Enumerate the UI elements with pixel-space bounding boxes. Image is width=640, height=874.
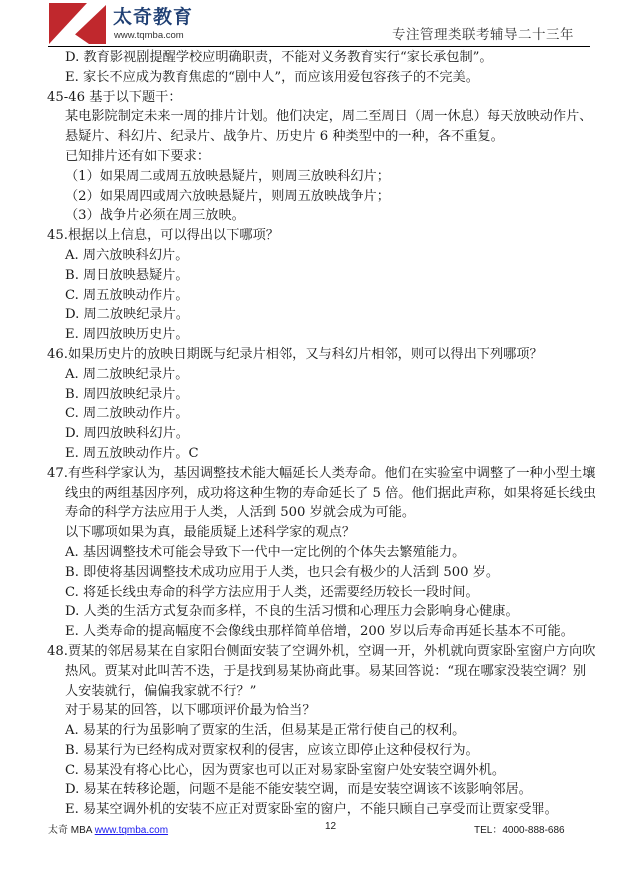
footer-brand: 太奇 MBA (48, 825, 95, 836)
q46-option-a: A. 周二放映纪录片。 (46, 365, 606, 385)
footer-brand-block: 太奇 MBA www.tqmba.com (48, 821, 168, 836)
page-number: 12 (325, 821, 336, 832)
q45-option-d: D. 周二放映纪录片。 (46, 305, 606, 325)
taiqi-logo-icon (49, 3, 106, 44)
question-48-prompt: 对于易某的回答，以下哪项评价最为恰当？ (46, 701, 606, 721)
question-46: 46.如果历史片的放映日期既与纪录片相邻，又与科幻片相邻，则可以得出下列哪项？ (46, 345, 606, 365)
q48-option-b: B. 易某行为已经构成对贾家权利的侵害，应该立即停止这种侵权行为。 (46, 741, 606, 761)
logo-text: 太奇教育 (113, 6, 193, 28)
option-line: D. 教育影视剧提醒学校应明确职责，不能对义务教育实行“家长承包制”。 (46, 48, 606, 68)
header-divider (48, 46, 590, 47)
q46-option-e: E. 周五放映动作片。C (46, 444, 606, 464)
header-slogan: 专注管理类联考辅导二十三年 (392, 27, 574, 43)
footer-telephone: TEL：4000-888-686 (474, 821, 565, 836)
q46-option-c: C. 周二放映动作片。 (46, 404, 606, 424)
q47-option-d: D. 人类的生活方式复杂而多样，不良的生活习惯和心理压力会影响身心健康。 (46, 602, 606, 622)
q47-option-e: E. 人类寿命的提高幅度不会像线虫那样简单倍增，200 岁以后寿命再延长基本不可… (46, 622, 606, 642)
option-line: E. 家长不应成为教育焦虑的“剧中人”，而应该用爱包容孩子的不完美。 (46, 68, 606, 88)
condition-line: （3）战争片必须在周三放映。 (46, 206, 606, 226)
q45-option-a: A. 周六放映科幻片。 (46, 246, 606, 266)
document-body: D. 教育影视剧提醒学校应明确职责，不能对义务教育实行“家长承包制”。 E. 家… (46, 48, 606, 820)
logo-url: www.tqmba.com (114, 30, 184, 41)
q48-option-e: E. 易某空调外机的安装不应正对贾家卧室的窗户，不能只顾自己享受而让贾家受罪。 (46, 800, 606, 820)
condition-line: （1）如果周二或周五放映悬疑片，则周三放映科幻片； (46, 167, 606, 187)
q47-option-b: B. 即使将基因调整技术成功应用于人类，也只会有极少的人活到 500 岁。 (46, 563, 606, 583)
question-47-cont: 线虫的两组基因序列，成功将这种生物的寿命延长了 5 倍。他们据此声称，如果将延长… (46, 484, 606, 504)
q48-option-c: C. 易某没有将心比心，因为贾家也可以正对易家卧室窗户处安装空调外机。 (46, 761, 606, 781)
question-47-prompt: 以下哪项如果为真，最能质疑上述科学家的观点？ (46, 523, 606, 543)
stem-line: 已知排片还有如下要求： (46, 147, 606, 167)
q46-option-d: D. 周四放映科幻片。 (46, 424, 606, 444)
q47-option-c: C. 将延长线虫寿命的科学方法应用于人类，还需要经历较长一段时间。 (46, 583, 606, 603)
question-45: 45.根据以上信息，可以得出以下哪项？ (46, 226, 606, 246)
q45-option-e: E. 周四放映历史片。 (46, 325, 606, 345)
q48-option-d: D. 易某在转移论题，问题不是能不能安装空调，而是安装空调该不该影响邻居。 (46, 780, 606, 800)
q48-option-a: A. 易某的行为虽影响了贾家的生活，但易某是正常行使自己的权利。 (46, 721, 606, 741)
q45-option-c: C. 周五放映动作片。 (46, 286, 606, 306)
stem-line: 悬疑片、科幻片、纪录片、战争片、历史片 6 种类型中的一种，各不重复。 (46, 127, 606, 147)
page-footer: 太奇 MBA www.tqmba.com 12 TEL：4000-888-686 (0, 819, 640, 837)
q46-option-b: B. 周四放映纪录片。 (46, 385, 606, 405)
group-heading: 45-46 基于以下题干： (46, 88, 606, 108)
question-47-cont: 寿命的科学方法应用于人类，人活到 500 岁就会成为可能。 (46, 503, 606, 523)
q47-option-a: A. 基因调整技术可能会导致下一代中一定比例的个体失去繁殖能力。 (46, 543, 606, 563)
page-header: 太奇教育 www.tqmba.com 专注管理类联考辅导二十三年 (0, 0, 640, 48)
condition-line: （2）如果周四或周六放映悬疑片，则周五放映战争片； (46, 187, 606, 207)
q45-option-b: B. 周日放映悬疑片。 (46, 266, 606, 286)
stem-line: 某电影院制定未来一周的排片计划。他们决定，周二至周日（周一休息）每天放映动作片、 (46, 107, 606, 127)
question-48-cont: 热风。贾某对此叫苦不迭，于是找到易某协商此事。易某回答说：“现在哪家没装空调？别 (46, 662, 606, 682)
question-48: 48.贾某的邻居易某在自家阳台侧面安装了空调外机，空调一开，外机就向贾家卧室窗户… (46, 642, 606, 662)
footer-website-link[interactable]: www.tqmba.com (95, 825, 168, 836)
question-48-cont: 人安装就行，偏偏我家就不行？” (46, 682, 606, 702)
question-47: 47.有些科学家认为，基因调整技术能大幅延长人类寿命。他们在实验室中调整了一种小… (46, 464, 606, 484)
